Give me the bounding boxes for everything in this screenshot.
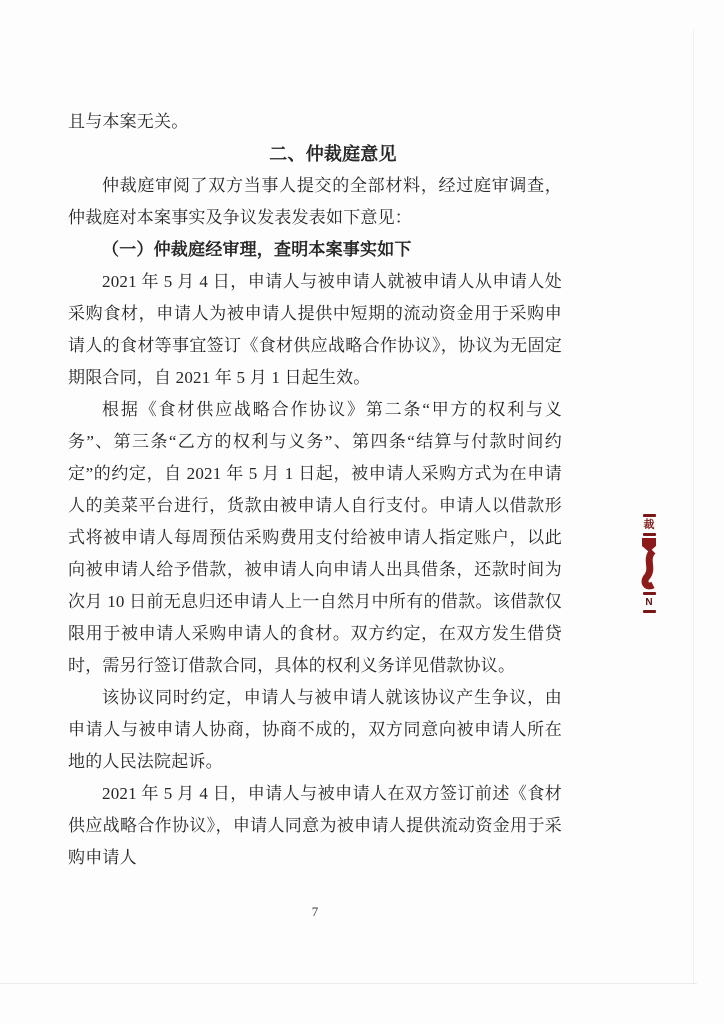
body-paragraph: 该协议同时约定，申请人与被申请人就该协议产生争议，由申请人与被申请人协商，协商不… [68, 682, 562, 778]
intro-paragraph: 仲裁庭审阅了双方当事人提交的全部材料，经过庭审调查，仲裁庭对本案事实及争议发表发… [68, 170, 562, 234]
findings-subheading: （一）仲裁庭经审理，查明本案事实如下 [68, 234, 562, 266]
carryover-line: 且与本案无关。 [68, 106, 562, 138]
straddle-seal: 裁 N [638, 514, 660, 613]
seal-bar-icon [643, 514, 656, 517]
body-paragraph: 根据《食材供应战略合作协议》第二条“甲方的权利与义务”、第三条“乙方的权利与义务… [68, 394, 562, 682]
body-paragraph: 2021 年 5 月 4 日，申请人与被申请人就被申请人从申请人处采购食材，申请… [68, 266, 562, 394]
seal-bar-icon [643, 610, 656, 613]
document-page: 且与本案无关。 二、仲裁庭意见 仲裁庭审阅了双方当事人提交的全部材料，经过庭审调… [0, 0, 724, 1024]
seal-bar-icon [643, 533, 656, 536]
section-heading: 二、仲裁庭意见 [68, 138, 562, 170]
seal-emblem-icon [641, 538, 657, 590]
page-edge-horizontal [0, 983, 697, 984]
document-body: 且与本案无关。 二、仲裁庭意见 仲裁庭审阅了双方当事人提交的全部材料，经过庭审调… [68, 106, 562, 874]
seal-character: 裁 [644, 519, 655, 531]
page-number: 7 [68, 898, 562, 926]
seal-letter: N [645, 597, 652, 608]
seal-bar-icon [643, 592, 656, 595]
body-paragraph: 2021 年 5 月 4 日，申请人与被申请人在双方签订前述《食材供应战略合作协… [68, 778, 562, 874]
page-edge-vertical [693, 30, 694, 983]
